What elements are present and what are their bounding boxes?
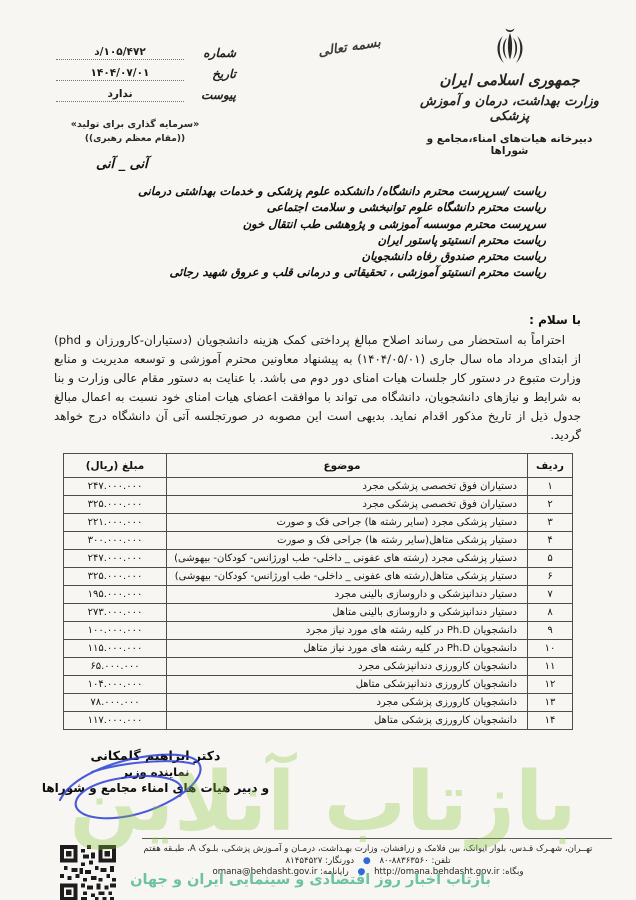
subject-cell: دستیار پزشکی مجرد (سایر رشته ها) جراحی ف… xyxy=(167,514,528,532)
phone-label: تلفن: xyxy=(431,856,450,866)
letter-attachment-row: پیوست ندارد xyxy=(56,88,236,102)
subject-cell: دانشجویان کارورزی پزشکی مجرد xyxy=(167,694,528,712)
amount-cell: ۷۸.۰۰۰.۰۰۰ xyxy=(64,694,167,712)
table-row: ۳دستیار پزشکی مجرد (سایر رشته ها) جراحی … xyxy=(64,514,573,532)
letter-number-row: شماره ۱۰۵/۴۷۲/د xyxy=(56,46,236,60)
col-header-amount: مبلغ (ریال) xyxy=(64,454,167,478)
website-label: وبگاه: xyxy=(502,867,523,877)
phone-item: تلفن: ۸۸۳۶۳۵۶۰-۸۰ xyxy=(379,856,450,866)
footer-web-line: وبگاه: http://omana.behdasht.gov.ir ● را… xyxy=(122,867,614,879)
table-row: ۱دستیاران فوق تخصصی پزشکی مجرد۲۴۷.۰۰۰.۰۰… xyxy=(64,478,573,496)
amounts-table: ردیف موضوع مبلغ (ریال) ۱دستیاران فوق تخص… xyxy=(63,453,573,730)
bismillah: بسمه تعالی xyxy=(317,35,381,60)
table-row: ۸دستیار دندانپزشکی و داروسازی بالینی متا… xyxy=(64,604,573,622)
row-number-cell: ۴ xyxy=(528,532,573,550)
amount-cell: ۲۴۷.۰۰۰.۰۰۰ xyxy=(64,550,167,568)
table-row: ۱۱دانشجویان کارورزی دندانپزشکی مجرد۶۵.۰۰… xyxy=(64,658,573,676)
salutation: با سلام : xyxy=(529,313,581,327)
footer-divider xyxy=(142,838,612,839)
row-number-cell: ۱ xyxy=(528,478,573,496)
row-number-cell: ۸ xyxy=(528,604,573,622)
slogan-block: «سرمایه گذاری برای تولید» ((مقام معظم ره… xyxy=(70,119,200,144)
subject-cell: دانشجویان کارورزی دندانپزشکی متاهل xyxy=(167,676,528,694)
table-row: ۱۴دانشجویان کارورزی پزشکی متاهل۱۱۷.۰۰۰.۰… xyxy=(64,712,573,730)
subject-cell: دانشجویان کارورزی دندانپزشکی مجرد xyxy=(167,658,528,676)
amount-cell: ۱۱۷.۰۰۰.۰۰۰ xyxy=(64,712,167,730)
row-number-cell: ۱۴ xyxy=(528,712,573,730)
subject-cell: دستیار پزشکی متاهل(رشته های عفونی _ داخل… xyxy=(167,568,528,586)
addressee-line: ریاست محترم انستیتو آموزشی ، تحقیقاتی و … xyxy=(94,264,546,280)
subject-cell: دستیار دندانپزشکی و داروسازی بالینی متاه… xyxy=(167,604,528,622)
row-number-cell: ۲ xyxy=(528,496,573,514)
website-value: http://omana.behdasht.gov.ir xyxy=(374,867,499,877)
fax-value: ۸۱۴۵۴۵۲۷ xyxy=(286,856,323,866)
footer-contact-line: تلفن: ۸۸۳۶۳۵۶۰-۸۰ ● دورنگار: ۸۱۴۵۴۵۲۷ xyxy=(122,856,614,868)
country-name: جمهوری اسلامی ایران xyxy=(407,72,612,89)
addressee-line: سرپرست محترم موسسه آموزشی و پژوهشی طب ان… xyxy=(94,216,546,232)
qr-code xyxy=(60,845,116,900)
subject-cell: دانشجویان Ph.D در کلیه رشته های مورد نیا… xyxy=(167,622,528,640)
slogan-line2: ((مقام معظم رهبری)) xyxy=(70,134,200,144)
signer-name: دکتر ابراهیم گلمکانی xyxy=(38,748,273,763)
footer: تهــران، شهـرک قـدس، بلوار ایوانک، بین ف… xyxy=(122,844,614,879)
attachment-value: ندارد xyxy=(56,88,184,102)
row-number-cell: ۷ xyxy=(528,586,573,604)
table-row: ۱۰دانشجویان Ph.D در کلیه رشته های مورد ن… xyxy=(64,640,573,658)
amount-cell: ۲۲۱.۰۰۰.۰۰۰ xyxy=(64,514,167,532)
subject-cell: دستیار پزشکی مجرد (رشته های عفونی _ داخل… xyxy=(167,550,528,568)
table-row: ۲دستیاران فوق تخصصی پزشکی مجرد۳۲۵.۰۰۰.۰۰… xyxy=(64,496,573,514)
row-number-cell: ۱۳ xyxy=(528,694,573,712)
table-row: ۵دستیار پزشکی مجرد (رشته های عفونی _ داخ… xyxy=(64,550,573,568)
signature-block: دکتر ابراهیم گلمکانی نماینده وزیر و دبیر… xyxy=(38,748,273,795)
table-header-row: ردیف موضوع مبلغ (ریال) xyxy=(64,454,573,478)
iran-emblem-icon xyxy=(489,26,531,70)
subject-cell: دانشجویان کارورزی پزشکی متاهل xyxy=(167,712,528,730)
fax-item: دورنگار: ۸۱۴۵۴۵۲۷ xyxy=(286,856,355,866)
row-number-cell: ۳ xyxy=(528,514,573,532)
amount-cell: ۱۰۰.۰۰۰.۰۰۰ xyxy=(64,622,167,640)
row-number-cell: ۶ xyxy=(528,568,573,586)
number-label: شماره xyxy=(184,46,236,60)
ministry-name: وزارت بهداشت، درمان و آموزش پزشکی xyxy=(407,94,612,124)
urgency-label: آنی _ آنی xyxy=(96,157,148,172)
date-value: ۱۴۰۴/۰۷/۰۱ xyxy=(56,67,184,81)
row-number-cell: ۵ xyxy=(528,550,573,568)
email-value: omana@behdasht.gov.ir xyxy=(212,867,317,877)
col-header-row-number: ردیف xyxy=(528,454,573,478)
subject-cell: دستیاران فوق تخصصی پزشکی مجرد xyxy=(167,478,528,496)
amount-cell: ۱۰۴.۰۰۰.۰۰۰ xyxy=(64,676,167,694)
signer-title-2: و دبیر هیات های امناء مجامع و شوراها xyxy=(38,781,273,795)
attachment-label: پیوست xyxy=(184,88,236,102)
table-row: ۷دستیار دندانپزشکی و داروسازی بالینی مجر… xyxy=(64,586,573,604)
bullet-separator-icon: ● xyxy=(352,867,372,877)
amount-cell: ۳۲۵.۰۰۰.۰۰۰ xyxy=(64,496,167,514)
fax-label: دورنگار: xyxy=(325,856,354,866)
addressee-line: ریاست /سرپرست محترم دانشگاه/ دانشکده علو… xyxy=(94,183,546,199)
subject-cell: دستیاران فوق تخصصی پزشکی مجرد xyxy=(167,496,528,514)
row-number-cell: ۱۰ xyxy=(528,640,573,658)
number-value: ۱۰۵/۴۷۲/د xyxy=(56,46,184,60)
email-label: رایانامه: xyxy=(320,867,349,877)
addressee-line: ریاست محترم صندوق رفاه دانشجویان xyxy=(94,248,546,264)
table-row: ۶دستیار پزشکی متاهل(رشته های عفونی _ داخ… xyxy=(64,568,573,586)
row-number-cell: ۱۲ xyxy=(528,676,573,694)
addressee-line: ریاست محترم دانشگاه علوم توانبخشی و سلام… xyxy=(94,199,546,215)
email-item: رایانامه: omana@behdasht.gov.ir xyxy=(212,867,348,877)
amount-cell: ۲۴۷.۰۰۰.۰۰۰ xyxy=(64,478,167,496)
amount-cell: ۲۷۳.۰۰۰.۰۰۰ xyxy=(64,604,167,622)
letter-meta: شماره ۱۰۵/۴۷۲/د تاریخ ۱۴۰۴/۰۷/۰۱ پیوست ن… xyxy=(56,46,236,109)
bullet-separator-icon: ● xyxy=(357,856,377,866)
amount-cell: ۳۰۰.۰۰۰.۰۰۰ xyxy=(64,532,167,550)
table-row: ۹دانشجویان Ph.D در کلیه رشته های مورد نی… xyxy=(64,622,573,640)
slogan-line1: «سرمایه گذاری برای تولید» xyxy=(70,119,200,130)
amount-cell: ۳۲۵.۰۰۰.۰۰۰ xyxy=(64,568,167,586)
secretariat-name: دبیرخانه هیات‌های امناء،مجامع و شوراها xyxy=(407,133,612,157)
table-row: ۴دستیار پزشکی متاهل(سایر رشته ها) جراحی … xyxy=(64,532,573,550)
letter-page: بسمه تعالی جمهوری اسلامی ایران وزارت بهد… xyxy=(0,0,636,900)
addressee-line: ریاست محترم انستیتو پاستور ایران xyxy=(94,232,546,248)
amount-cell: ۱۱۵.۰۰۰.۰۰۰ xyxy=(64,640,167,658)
ministry-header: جمهوری اسلامی ایران وزارت بهداشت، درمان … xyxy=(407,26,612,157)
signer-title-1: نماینده وزیر xyxy=(38,765,273,779)
letter-body: احتراماً به استحضار می رساند اصلاح مبالغ… xyxy=(54,331,581,445)
row-number-cell: ۹ xyxy=(528,622,573,640)
row-number-cell: ۱۱ xyxy=(528,658,573,676)
table-row: ۱۲دانشجویان کارورزی دندانپزشکی متاهل۱۰۴.… xyxy=(64,676,573,694)
subject-cell: دانشجویان Ph.D در کلیه رشته های مورد نیا… xyxy=(167,640,528,658)
table-row: ۱۳دانشجویان کارورزی پزشکی مجرد۷۸.۰۰۰.۰۰۰ xyxy=(64,694,573,712)
col-header-subject: موضوع xyxy=(167,454,528,478)
amount-cell: ۶۵.۰۰۰.۰۰۰ xyxy=(64,658,167,676)
website-item: وبگاه: http://omana.behdasht.gov.ir xyxy=(374,867,523,877)
amount-cell: ۱۹۵.۰۰۰.۰۰۰ xyxy=(64,586,167,604)
phone-value: ۸۸۳۶۳۵۶۰-۸۰ xyxy=(379,856,428,866)
date-label: تاریخ xyxy=(184,67,236,81)
addressee-list: ریاست /سرپرست محترم دانشگاه/ دانشکده علو… xyxy=(94,183,546,281)
letter-date-row: تاریخ ۱۴۰۴/۰۷/۰۱ xyxy=(56,67,236,81)
subject-cell: دستیار دندانپزشکی و داروسازی بالینی مجرد xyxy=(167,586,528,604)
subject-cell: دستیار پزشکی متاهل(سایر رشته ها) جراحی ف… xyxy=(167,532,528,550)
footer-address: تهــران، شهـرک قـدس، بلوار ایوانک، بین ف… xyxy=(122,844,614,856)
